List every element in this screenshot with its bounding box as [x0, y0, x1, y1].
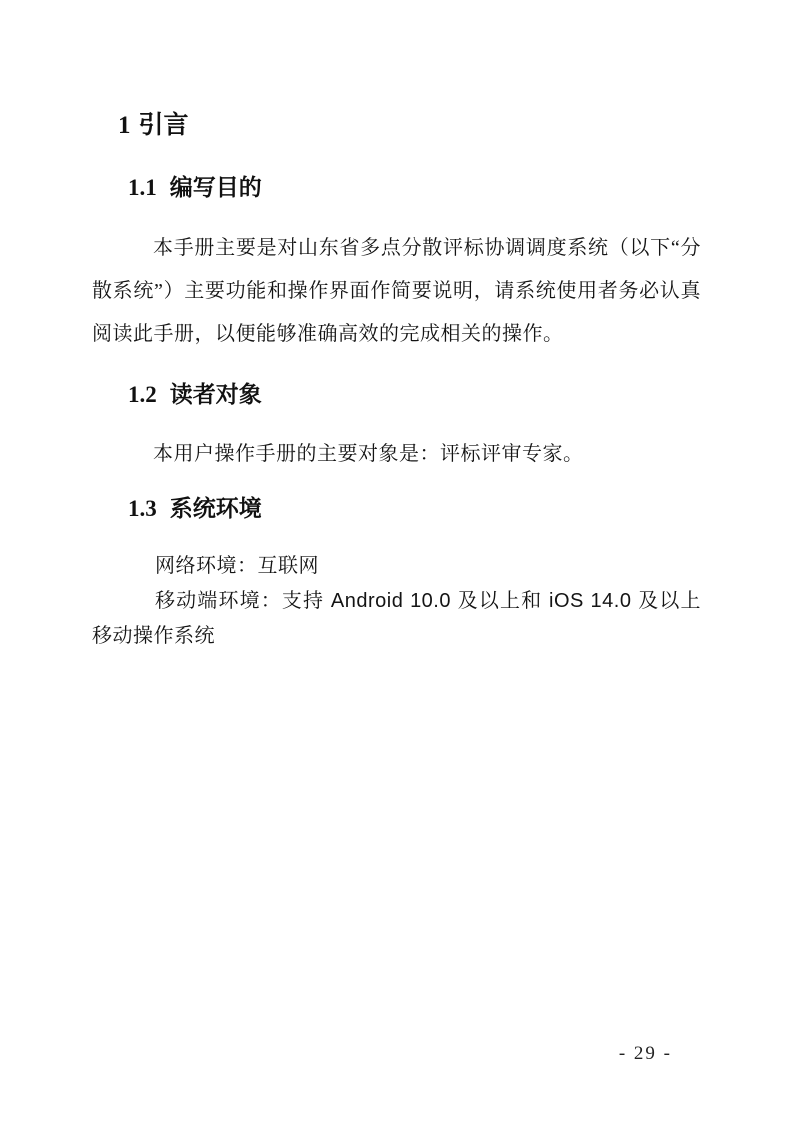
- heading-1-number: 1: [118, 112, 131, 139]
- purpose-paragraph: 本手册主要是对山东省多点分散评标协调调度系统（以下“分散系统”）主要功能和操作界…: [92, 227, 701, 356]
- heading-1-introduction: 1引言: [118, 112, 189, 140]
- environment-paragraphs: 网络环境：互联网 移动端环境：支持 Android 10.0 及以上和 iOS …: [92, 549, 701, 654]
- heading-1-2-number: 1.2: [128, 382, 157, 407]
- heading-1-1-text: 编写目的: [170, 174, 262, 200]
- heading-1-2-text: 读者对象: [170, 381, 262, 407]
- document-page: 1引言 1.1编写目的 本手册主要是对山东省多点分散评标协调调度系统（以下“分散…: [0, 0, 793, 1122]
- heading-1-3-number: 1.3: [128, 496, 157, 521]
- heading-1-text: 引言: [139, 111, 189, 139]
- heading-1-3-environment: 1.3系统环境: [128, 496, 262, 521]
- heading-1-1-purpose: 1.1编写目的: [128, 175, 262, 200]
- heading-1-3-text: 系统环境: [170, 495, 262, 521]
- page-number: - 29 -: [619, 1043, 672, 1065]
- heading-1-1-number: 1.1: [128, 175, 157, 200]
- network-environment-line: 网络环境：互联网: [92, 549, 701, 584]
- mobile-environment-line: 移动端环境：支持 Android 10.0 及以上和 iOS 14.0 及以上移…: [92, 584, 701, 654]
- heading-1-2-audience: 1.2读者对象: [128, 382, 262, 407]
- audience-paragraph: 本用户操作手册的主要对象是：评标评审专家。: [92, 433, 701, 476]
